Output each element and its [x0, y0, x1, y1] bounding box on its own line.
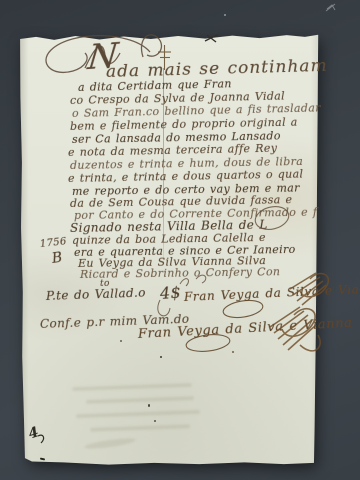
foxing-speck: [160, 356, 162, 358]
foxing-speck: [148, 404, 150, 407]
foxing-speck: [154, 420, 156, 422]
foxing-speck: [232, 351, 234, 353]
margin-bracket: B: [51, 250, 64, 267]
foxing-speck: [120, 340, 122, 342]
closing-fee-mark: 4$: [159, 283, 181, 303]
photograph: N ada mais se continham a dita Certidam …: [0, 0, 360, 480]
